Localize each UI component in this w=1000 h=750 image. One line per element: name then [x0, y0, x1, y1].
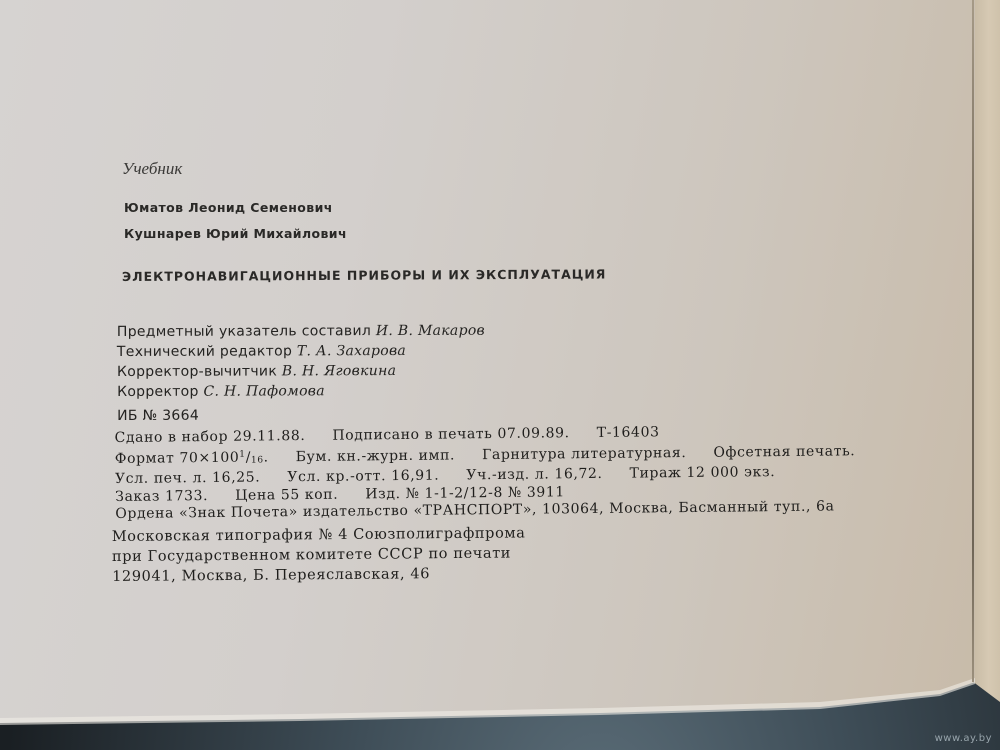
credit-row: Предметный указатель составил И. В. Мака… [117, 321, 485, 342]
print-run: Тираж 12 000 экз. [630, 464, 776, 482]
author-name: Кушнарев Юрий Михайлович [124, 226, 347, 241]
credit-name: И. В. Макаров [376, 323, 485, 339]
author-name: Юматов Леонид Семенович [124, 200, 333, 215]
watermark: www.ay.by [935, 733, 992, 744]
printer-block: Московская типография № 4 Союзполиграфпр… [112, 523, 526, 587]
credit-role: Предметный указатель составил [117, 323, 371, 340]
printer-line: при Государственном комитете СССР по печ… [112, 543, 526, 567]
credit-role: Технический редактор [117, 343, 292, 360]
price: Цена 55 коп. [235, 486, 338, 503]
credit-role: Корректор [117, 384, 199, 400]
credit-name: В. Н. Яговкина [282, 363, 396, 379]
submitted-date: Сдано в набор 29.11.88. [115, 428, 306, 446]
format: Формат 70×1001/16. [115, 449, 269, 467]
publisher-sheets: Уч.-изд. л. 16,72. [466, 466, 602, 483]
imprint-block: Сдано в набор 29.11.88. Подписано в печа… [115, 422, 856, 523]
credit-name: Т. А. Захарова [297, 343, 406, 359]
printer-line: 129041, Москва, Б. Переяславская, 46 [112, 563, 526, 587]
credits-block: Предметный указатель составил И. В. Мака… [117, 321, 486, 426]
credit-row: Корректор С. Н. Пафомова [117, 381, 485, 402]
edition-number: Изд. № 1-1-2/12-8 № 3911 [365, 484, 565, 502]
next-page-edge [972, 0, 1000, 750]
signed-date: Подписано в печать 07.09.89. [332, 425, 569, 443]
page-gutter [972, 0, 974, 682]
credit-role: Корректор-вычитчик [117, 363, 277, 380]
order-number: Заказ 1733. [115, 488, 208, 505]
credit-row: Корректор-вычитчик В. Н. Яговкина [117, 361, 485, 382]
book-title: ЭЛЕКТРОНАВИГАЦИОННЫЕ ПРИБОРЫ И ИХ ЭКСПЛУ… [122, 266, 606, 284]
printing-method: Офсетная печать. [713, 443, 855, 460]
document-type-label: Учебник [122, 159, 182, 179]
typeface: Гарнитура литературная. [482, 445, 686, 463]
color-impressions: Усл. кр.-отт. 16,91. [287, 468, 439, 486]
credit-name: С. Н. Пафомова [203, 383, 324, 399]
imprint-code: Т-16403 [597, 424, 660, 441]
print-sheets: Усл. печ. л. 16,25. [115, 469, 260, 487]
paper-type: Бум. кн.-журн. имп. [296, 447, 455, 465]
ib-number: ИБ № 3664 [117, 405, 485, 426]
credit-row: Технический редактор Т. А. Захарова [117, 341, 485, 362]
